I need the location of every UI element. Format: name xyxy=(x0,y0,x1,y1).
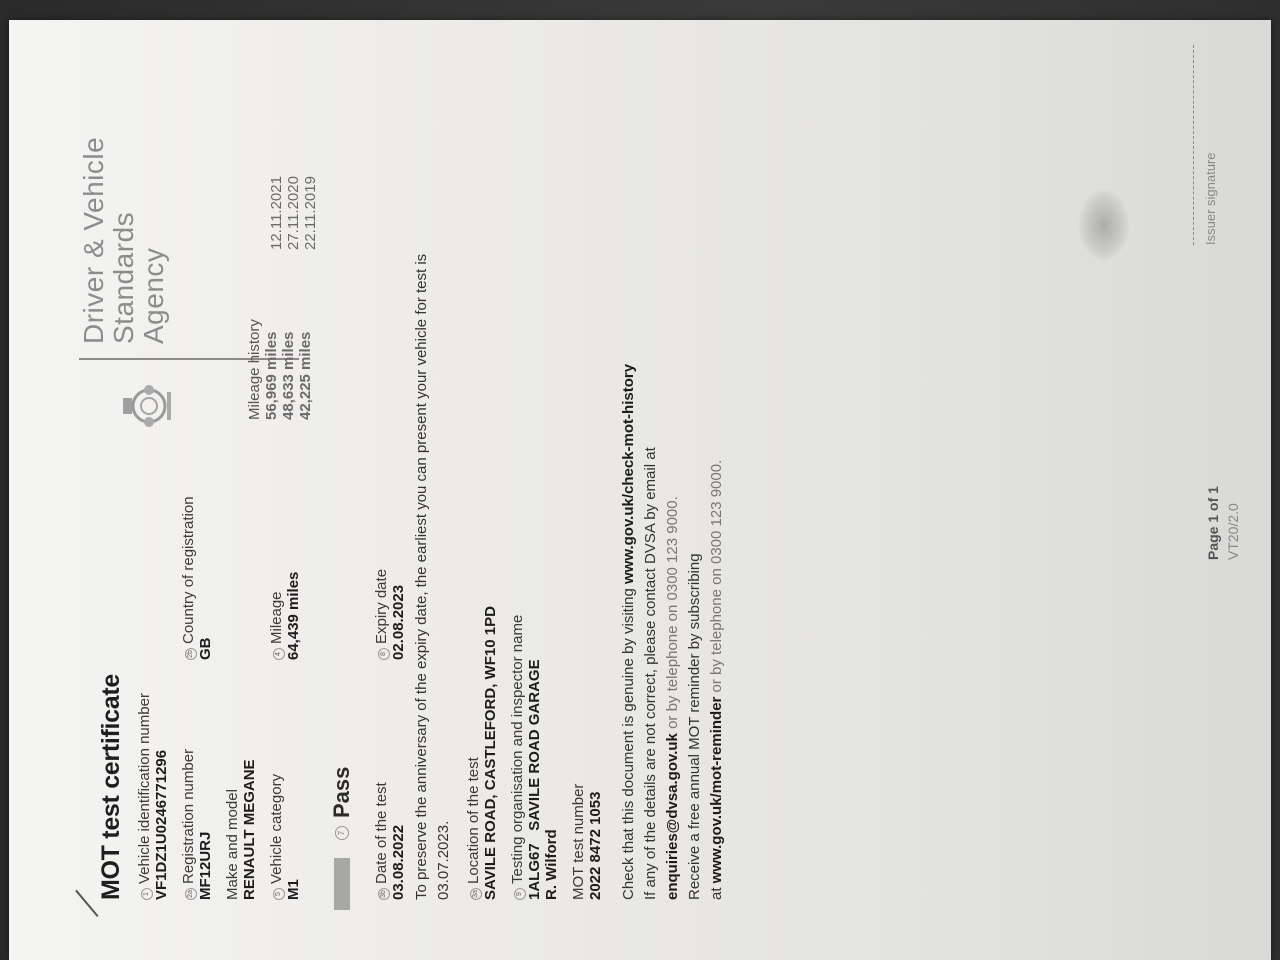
registration-value: MF12URJ xyxy=(197,660,214,900)
page-title: MOT test certificate xyxy=(97,80,126,900)
mileage-label: Mileage xyxy=(268,591,285,644)
field-number-badge: 2b xyxy=(185,648,197,660)
expiry-date-field: 8Expiry date 02.08.2023 xyxy=(373,420,407,660)
test-date-label: Date of the test xyxy=(373,782,390,884)
reminder-at-text: at xyxy=(708,883,725,900)
registration-label: Registration number xyxy=(180,749,197,884)
mileage-history-date: 12.11.2021 xyxy=(268,90,285,250)
mileage-history-dates: 12.11.2021 27.11.2020 22.11.2019 xyxy=(268,90,319,250)
country-value: GB xyxy=(197,420,214,660)
test-result-value: Pass xyxy=(329,767,355,818)
mot-reminder-link[interactable]: www.gov.uk/mot-reminder xyxy=(708,697,725,884)
field-number-badge: 3a xyxy=(470,888,482,900)
pen-tick-mark xyxy=(75,890,98,917)
make-model-field: Make and model RENAULT MEGANE xyxy=(224,80,258,900)
anniversary-note: To preserve the anniversary of the expir… xyxy=(411,80,455,900)
field-number-badge: 9 xyxy=(514,888,526,900)
location-field: 3aLocation of the test SAVILE ROAD, CAST… xyxy=(465,80,499,900)
mileage-history-label: Mileage history xyxy=(246,250,263,420)
field-number-badge: 1 xyxy=(141,888,153,900)
mileage-history-miles: 48,633 miles xyxy=(280,250,297,420)
location-label: Location of the test xyxy=(465,757,482,884)
test-number-label: MOT test number xyxy=(570,80,587,900)
contact-note: If any of the details are not correct, p… xyxy=(640,80,684,900)
signature-line xyxy=(1193,45,1194,245)
contact-phone-text: or by telephone on 0300 123 9000. xyxy=(664,496,681,733)
test-number-field: MOT test number 2022 8472 1053 xyxy=(570,80,604,900)
mileage-history-date: 22.11.2019 xyxy=(302,90,319,250)
check-note-text: Check that this document is genuine by v… xyxy=(620,584,637,900)
reminder-note-text: Receive a free annual MOT reminder by su… xyxy=(686,553,703,900)
field-number-badge: 8 xyxy=(378,648,390,660)
registration-field: 2aRegistration number MF12URJ xyxy=(180,660,214,900)
vin-value: VF1DZ1U0246771296 xyxy=(153,80,170,900)
make-model-value: RENAULT MEGANE xyxy=(241,80,258,900)
category-value: M1 xyxy=(285,660,302,900)
contact-note-text: If any of the details are not correct, p… xyxy=(642,447,659,900)
result-marker-bar xyxy=(334,858,350,910)
fingerprint-smudge xyxy=(1079,190,1129,260)
testing-org-label: Testing organisation and inspector name xyxy=(509,615,526,884)
field-number-badge: 7 xyxy=(335,826,349,840)
reminder-phone-text: or by telephone on 0300 123 9000. xyxy=(708,460,725,697)
field-number-badge: 2a xyxy=(185,888,197,900)
dvsa-email-link[interactable]: enquiries@dvsa.gov.uk xyxy=(664,733,681,900)
country-field: 2bCountry of registration GB xyxy=(180,420,214,660)
category-label: Vehicle category xyxy=(268,774,285,884)
field-number-badge: 3b xyxy=(378,888,390,900)
field-number-badge: 5 xyxy=(273,888,285,900)
mot-certificate-page: Driver & Vehicle Standards Agency MOT te… xyxy=(9,20,1271,960)
anniversary-note-text: To preserve the anniversary of the expir… xyxy=(411,80,433,900)
test-date-field: 3bDate of the test 03.08.2022 xyxy=(373,660,407,900)
signature-label: Issuer signature xyxy=(1203,153,1218,246)
test-number-value: 2022 8472 1053 xyxy=(587,80,604,900)
reminder-note: Receive a free annual MOT reminder by su… xyxy=(684,80,728,900)
country-label: Country of registration xyxy=(180,496,197,644)
expiry-date-value: 02.08.2023 xyxy=(390,420,407,660)
inspector-name: R. Wilford xyxy=(543,80,560,900)
vin-label: Vehicle identification number xyxy=(136,693,153,884)
page-number: Page 1 of 1 xyxy=(1205,486,1221,560)
mileage-history-date: 27.11.2020 xyxy=(285,90,302,250)
make-model-label: Make and model xyxy=(224,80,241,900)
vin-field: 1Vehicle identification number VF1DZ1U02… xyxy=(136,80,170,900)
mileage-history: Mileage history 56,969 miles 48,633 mile… xyxy=(246,250,319,420)
testing-org-value: 1ALG67 SAVILE ROAD GARAGE xyxy=(526,80,543,900)
mileage-value: 64,439 miles xyxy=(285,420,302,660)
expiry-date-label: Expiry date xyxy=(373,569,390,644)
category-field: 5Vehicle category M1 xyxy=(268,660,319,900)
test-date-value: 03.08.2022 xyxy=(390,660,407,900)
mileage-history-miles: 56,969 miles xyxy=(263,250,280,420)
anniversary-date: 03.07.2023. xyxy=(433,80,455,900)
mileage-history-miles: 42,225 miles xyxy=(297,250,314,420)
testing-org-field: 9Testing organisation and inspector name… xyxy=(509,80,560,900)
certificate-body: MOT test certificate 1Vehicle identifica… xyxy=(97,80,728,900)
field-number-badge: 4 xyxy=(273,648,285,660)
location-value: SAVILE ROAD, CASTLEFORD, WF10 1PD xyxy=(482,80,499,900)
test-result: 7 Pass xyxy=(329,80,355,910)
check-mot-history-link[interactable]: www.gov.uk/check-mot-history xyxy=(620,364,637,584)
check-genuine-note: Check that this document is genuine by v… xyxy=(618,80,640,900)
mileage-field: 4Mileage 64,439 miles xyxy=(268,420,319,660)
form-code: VT20/2.0 xyxy=(1225,503,1241,560)
